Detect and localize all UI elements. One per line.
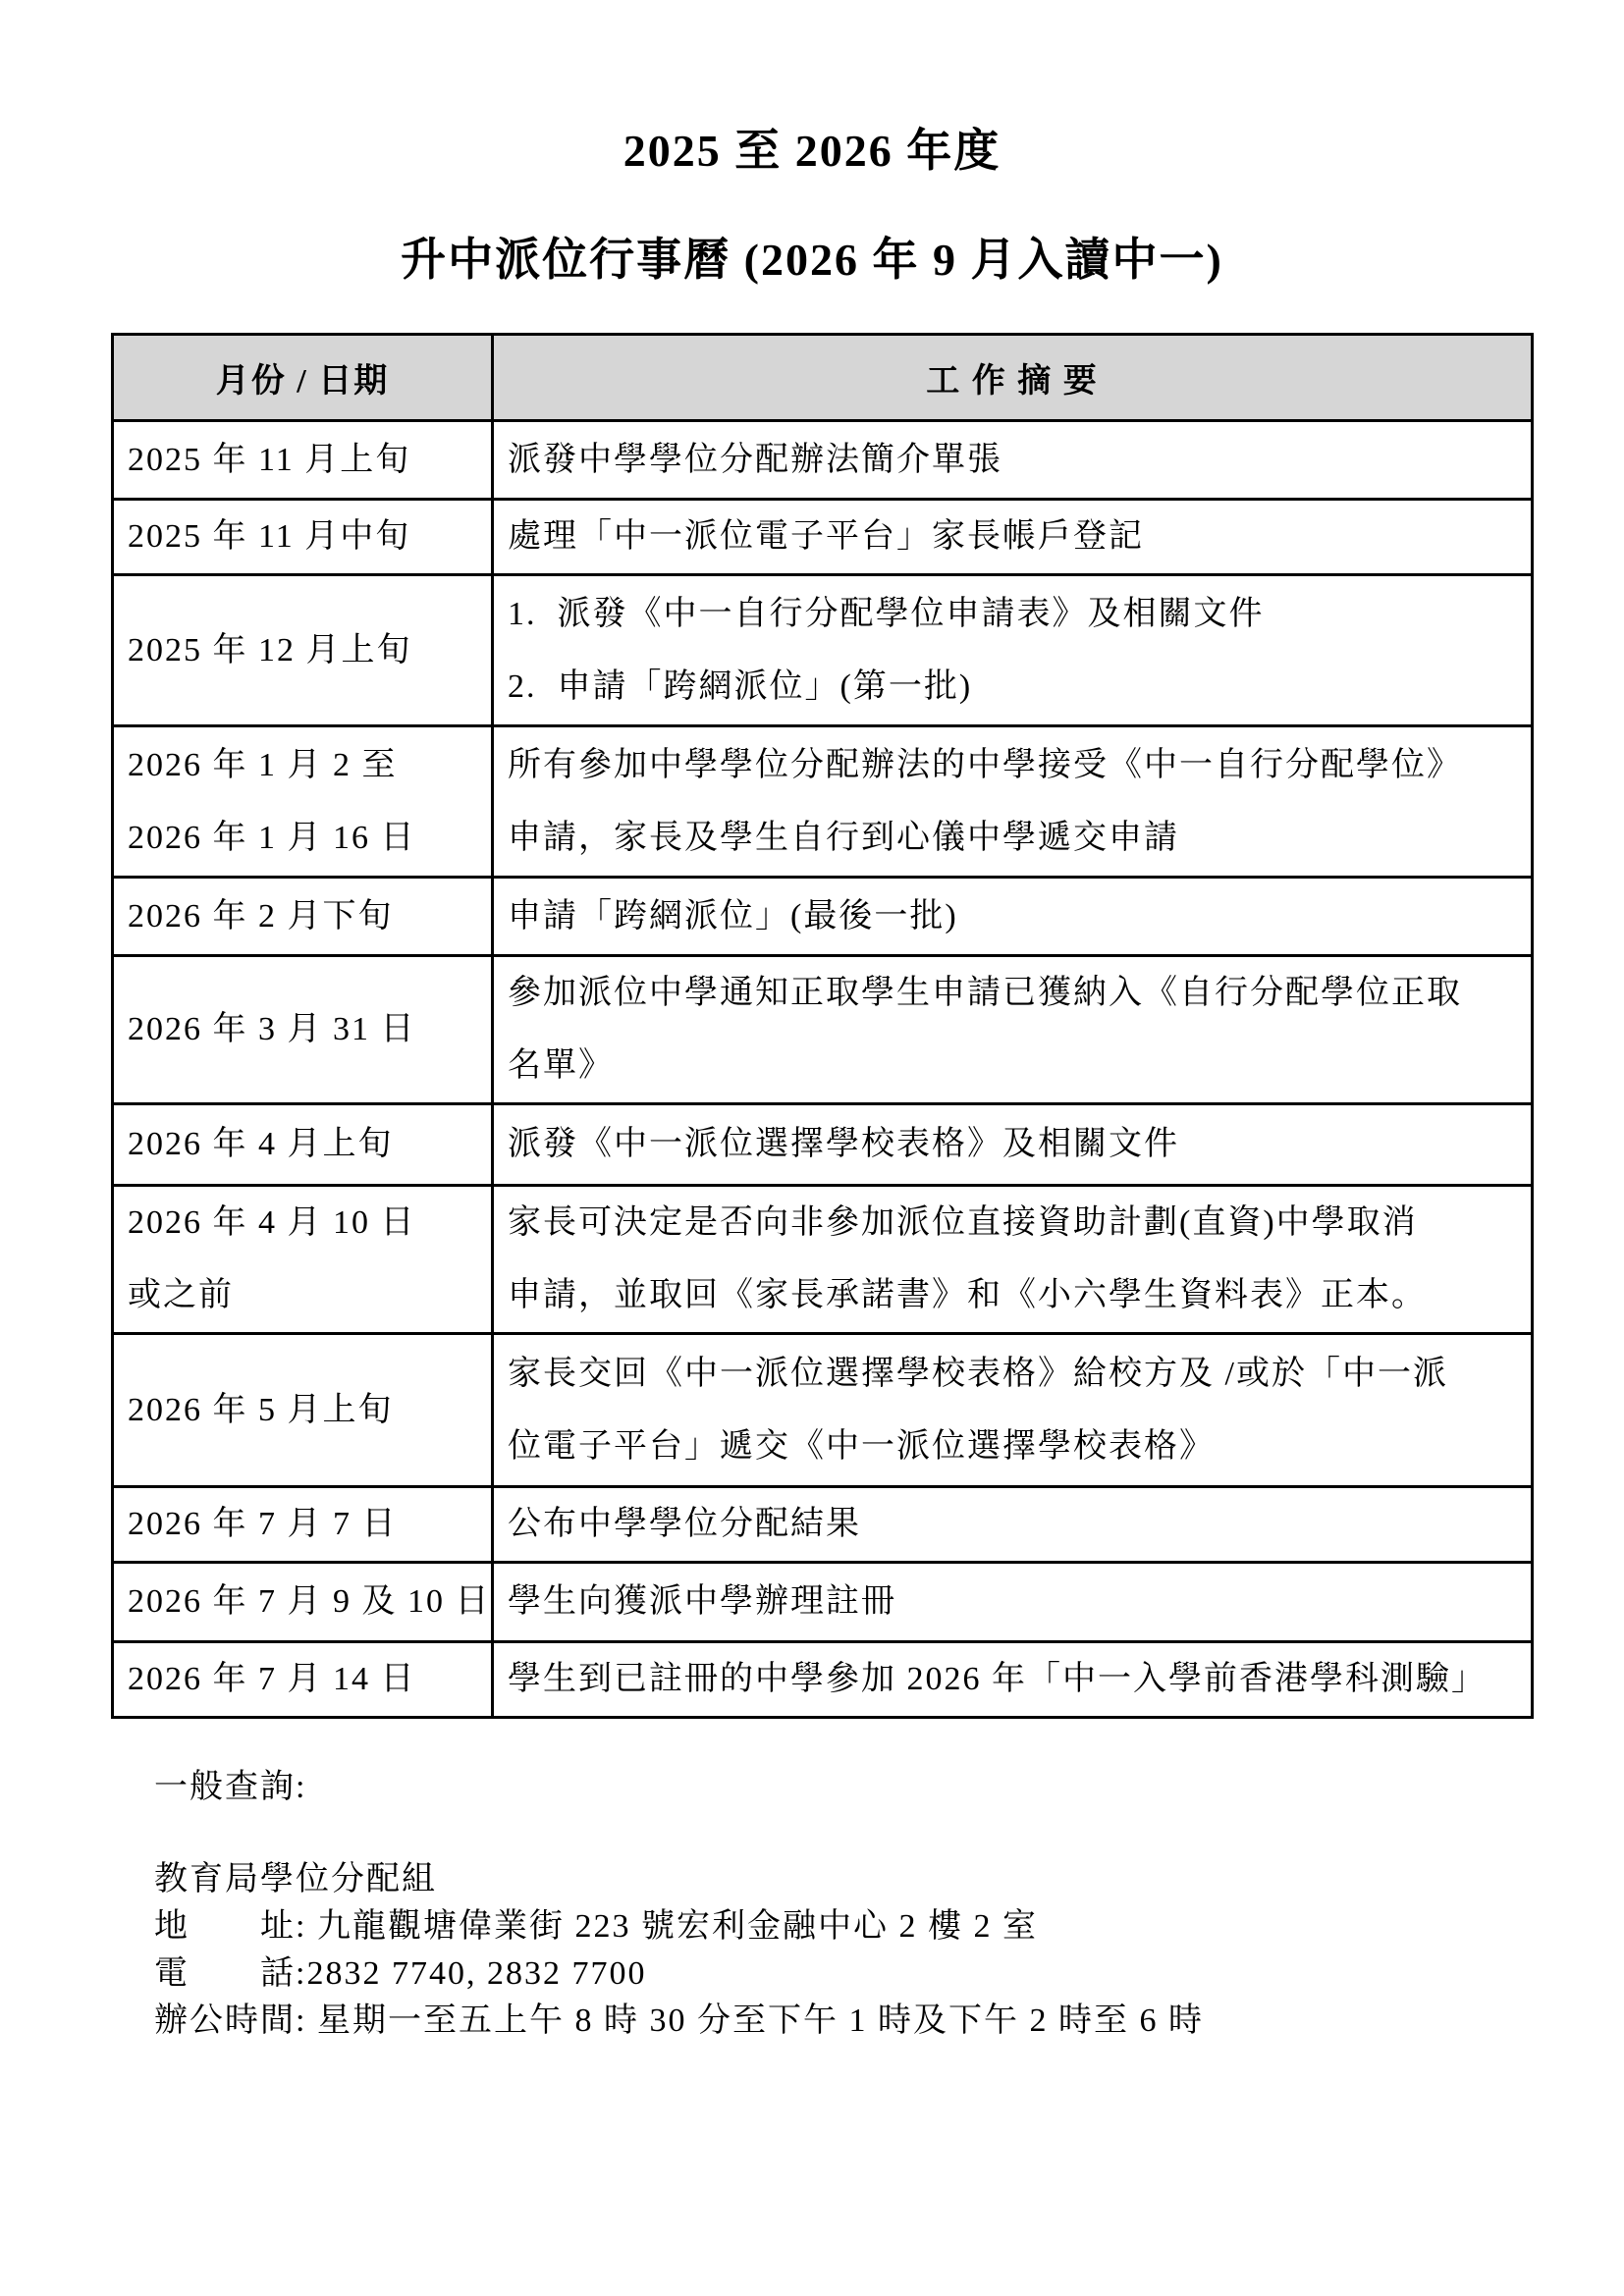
table-row: 2026 年 4 月上旬 派發《中一派位選擇學校表格》及相關文件 [113, 1104, 1533, 1186]
date-cell: 2025 年 11 月中旬 [113, 500, 493, 575]
office-hours-line: 辦公時間: 星期一至五上午 8 時 30 分至下午 1 時及下午 2 時至 6 … [154, 1998, 1624, 2045]
summary-line: 申請「跨網派位」(最後一批) [508, 881, 1521, 953]
summary-line: 學生向獲派中學辦理註冊 [508, 1566, 1521, 1638]
table-row: 2026 年 1 月 2 至 2026 年 1 月 16 日 所有參加中學學位分… [113, 726, 1533, 878]
document-page: { "page": { "title": "2025 至 2026 年度", "… [0, 0, 1624, 2296]
summary-cell: 申請「跨網派位」(最後一批) [493, 878, 1533, 956]
table-row: 2025 年 11 月中旬 處理「中一派位電子平台」家長帳戶登記 [113, 500, 1533, 575]
date-line: 2026 年 2 月下旬 [128, 881, 481, 953]
table-row: 2026 年 7 月 14 日 學生到已註冊的中學參加 2026 年「中一入學前… [113, 1642, 1533, 1718]
table-header-row: 月份 / 日期 工 作 摘 要 [113, 335, 1533, 421]
summary-line: 家長交回《中一派位選擇學校表格》給校方及 /或於「中一派 [508, 1338, 1521, 1411]
address-line: 地 址: 九龍觀塘偉業街 223 號宏利金融中心 2 樓 2 室 [154, 1903, 1624, 1950]
summary-line: 所有參加中學學位分配辦法的中學接受《中一自行分配學位》 [508, 729, 1521, 802]
summary-cell: 派發中學學位分配辦法簡介單張 [493, 421, 1533, 500]
date-cell: 2026 年 2 月下旬 [113, 878, 493, 956]
date-line: 2026 年 7 月 7 日 [128, 1488, 481, 1561]
date-line: 2026 年 4 月上旬 [128, 1108, 481, 1181]
table-row: 2025 年 11 月上旬 派發中學學位分配辦法簡介單張 [113, 421, 1533, 500]
summary-line: 名單》 [508, 1030, 1521, 1102]
summary-line: 1. 派發《中一自行分配學位申請表》及相關文件 [508, 578, 1521, 651]
summary-line: 公布中學學位分配結果 [508, 1488, 1521, 1561]
date-cell: 2026 年 7 月 14 日 [113, 1642, 493, 1718]
summary-cell: 家長可決定是否向非參加派位直接資助計劃(直資)中學取消 申請，並取回《家長承諾書… [493, 1186, 1533, 1334]
table-row: 2026 年 7 月 9 及 10 日 學生向獲派中學辦理註冊 [113, 1563, 1533, 1642]
page-title: 2025 至 2026 年度 [0, 0, 1624, 177]
address-label: 地 址: [154, 1908, 317, 1945]
allocation-calendar-table: 月份 / 日期 工 作 摘 要 2025 年 11 月上旬 派發中學學位分配辦法… [111, 333, 1534, 1719]
summary-line: 位電子平台」遞交《中一派位選擇學校表格》 [508, 1411, 1521, 1483]
date-cell: 2026 年 3 月 31 日 [113, 956, 493, 1104]
date-cell: 2025 年 12 月上旬 [113, 575, 493, 726]
header-cell-summary: 工 作 摘 要 [493, 335, 1533, 421]
summary-cell: 參加派位中學通知正取學生申請已獲納入《自行分配學位正取 名單》 [493, 956, 1533, 1104]
summary-line: 派發中學學位分配辦法簡介單張 [508, 424, 1521, 497]
date-line: 2026 年 3 月 31 日 [128, 993, 481, 1066]
summary-line: 派發《中一派位選擇學校表格》及相關文件 [508, 1108, 1521, 1181]
table-row: 2026 年 2 月下旬 申請「跨網派位」(最後一批) [113, 878, 1533, 956]
summary-line: 處理「中一派位電子平台」家長帳戶登記 [508, 501, 1521, 573]
table-row: 2025 年 12 月上旬 1. 派發《中一自行分配學位申請表》及相關文件 2.… [113, 575, 1533, 726]
summary-cell: 派發《中一派位選擇學校表格》及相關文件 [493, 1104, 1533, 1186]
table-row: 2026 年 7 月 7 日 公布中學學位分配結果 [113, 1487, 1533, 1563]
date-line: 2026 年 7 月 9 及 10 日 [128, 1566, 481, 1638]
table-row: 2026 年 3 月 31 日 參加派位中學通知正取學生申請已獲納入《自行分配學… [113, 956, 1533, 1104]
table-row: 2026 年 4 月 10 日 或之前 家長可決定是否向非參加派位直接資助計劃(… [113, 1186, 1533, 1334]
summary-line: 學生到已註冊的中學參加 2026 年「中一入學前香港學科測驗」 [508, 1643, 1521, 1716]
office-hours-label: 辦公時間: [154, 2002, 317, 2039]
summary-cell: 家長交回《中一派位選擇學校表格》給校方及 /或於「中一派 位電子平台」遞交《中一… [493, 1334, 1533, 1487]
date-cell: 2026 年 7 月 7 日 [113, 1487, 493, 1563]
summary-cell: 學生到已註冊的中學參加 2026 年「中一入學前香港學科測驗」 [493, 1642, 1533, 1718]
date-line: 2026 年 1 月 16 日 [128, 802, 481, 875]
date-line: 2025 年 11 月上旬 [128, 424, 481, 497]
date-line: 2026 年 7 月 14 日 [128, 1643, 481, 1716]
date-cell: 2025 年 11 月上旬 [113, 421, 493, 500]
summary-line: 參加派位中學通知正取學生申請已獲納入《自行分配學位正取 [508, 957, 1521, 1030]
date-cell: 2026 年 7 月 9 及 10 日 [113, 1563, 493, 1642]
date-cell: 2026 年 5 月上旬 [113, 1334, 493, 1487]
office-hours-value: 星期一至五上午 8 時 30 分至下午 1 時及下午 2 時至 6 時 [317, 2002, 1204, 2039]
summary-cell: 所有參加中學學位分配辦法的中學接受《中一自行分配學位》 申請，家長及學生自行到心… [493, 726, 1533, 878]
summary-line: 申請，並取回《家長承諾書》和《小六學生資料表》正本。 [508, 1259, 1521, 1332]
address-value: 九龍觀塘偉業街 223 號宏利金融中心 2 樓 2 室 [317, 1908, 1038, 1945]
date-cell: 2026 年 4 月上旬 [113, 1104, 493, 1186]
page-subtitle: 升中派位行事曆 (2026 年 9 月入讀中一) [0, 235, 1624, 286]
summary-line: 2. 申請「跨網派位」(第一批) [508, 651, 1521, 723]
date-line: 2025 年 11 月中旬 [128, 501, 481, 573]
header-cell-date: 月份 / 日期 [113, 335, 493, 421]
table-row: 2026 年 5 月上旬 家長交回《中一派位選擇學校表格》給校方及 /或於「中一… [113, 1334, 1533, 1487]
general-enquiry-section: 一般查詢: 教育局學位分配組 地 址: 九龍觀塘偉業街 223 號宏利金融中心 … [154, 1764, 1624, 2045]
summary-cell: 公布中學學位分配結果 [493, 1487, 1533, 1563]
date-line: 2026 年 5 月上旬 [128, 1374, 481, 1447]
summary-line: 家長可決定是否向非參加派位直接資助計劃(直資)中學取消 [508, 1187, 1521, 1259]
summary-cell: 學生向獲派中學辦理註冊 [493, 1563, 1533, 1642]
enquiry-heading: 一般查詢: [154, 1764, 1624, 1811]
phone-line: 電 話:2832 7740, 2832 7700 [154, 1950, 1624, 1998]
summary-line: 申請，家長及學生自行到心儀中學遞交申請 [508, 802, 1521, 875]
phone-value: 2832 7740, 2832 7700 [306, 1955, 646, 1992]
summary-cell: 處理「中一派位電子平台」家長帳戶登記 [493, 500, 1533, 575]
date-line: 2026 年 4 月 10 日 [128, 1187, 481, 1259]
date-line: 2026 年 1 月 2 至 [128, 729, 481, 802]
date-cell: 2026 年 4 月 10 日 或之前 [113, 1186, 493, 1334]
date-line: 或之前 [128, 1259, 481, 1332]
date-line: 2025 年 12 月上旬 [128, 614, 481, 687]
date-cell: 2026 年 1 月 2 至 2026 年 1 月 16 日 [113, 726, 493, 878]
summary-cell: 1. 派發《中一自行分配學位申請表》及相關文件 2. 申請「跨網派位」(第一批) [493, 575, 1533, 726]
office-name: 教育局學位分配組 [154, 1856, 1624, 1903]
phone-label: 電 話: [154, 1955, 306, 1992]
